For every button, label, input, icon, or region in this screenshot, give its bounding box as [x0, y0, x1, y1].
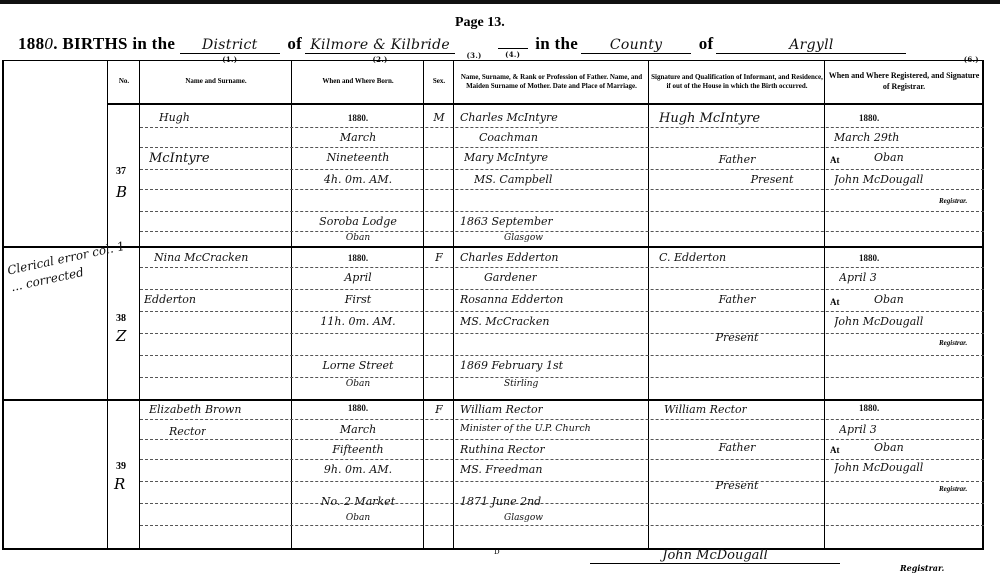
entry-number: 39: [116, 461, 126, 472]
entry-number: 37: [116, 166, 126, 177]
registered-year: 1880.: [859, 113, 879, 123]
header-no: No.: [108, 61, 140, 103]
registrar-signature: John McDougall: [834, 315, 923, 328]
born-place: Lorne Street: [292, 359, 424, 372]
marriage-place: Glasgow: [504, 513, 543, 523]
registered-place: Oban: [874, 151, 904, 164]
sex: F: [424, 251, 454, 264]
born-day: Fifteenth: [292, 443, 424, 456]
informant-signature: William Rector: [664, 403, 747, 416]
page-number: Page 13.: [455, 15, 505, 31]
born-place: Soroba Lodge: [292, 215, 424, 228]
child-name: Hugh: [159, 111, 190, 124]
registered-date: April 3: [839, 271, 877, 284]
footer-registrar-signature: John McDougall: [590, 548, 840, 564]
father-name: Charles Edderton: [460, 251, 559, 264]
born-day: Nineteenth: [292, 151, 424, 164]
child-surname: McIntyre: [149, 151, 210, 166]
registrar-label: Registrar.: [939, 197, 967, 205]
sex: F: [424, 403, 454, 416]
registrar-signature: John McDougall: [834, 173, 923, 186]
registrar-label: Registrar.: [939, 485, 967, 493]
birth-register-table: No. Name and Surname. When and Where Bor…: [2, 60, 984, 550]
registered-place: Oban: [874, 293, 904, 306]
registered-year: 1880.: [859, 403, 879, 413]
margin-column: [4, 61, 108, 548]
mother-name: Ruthina Rector: [460, 443, 545, 456]
at-label: At: [830, 297, 840, 307]
child-name: Nina McCracken: [154, 251, 248, 264]
born-time: 9h. 0m. AM.: [292, 463, 424, 476]
registered-date: March 29th: [834, 131, 899, 144]
row-divider: [4, 246, 984, 248]
father-rank: Gardener: [484, 271, 537, 284]
born-month: March: [292, 131, 424, 144]
scan-edge: [0, 0, 1000, 4]
header-born: When and Where Born.: [292, 61, 424, 103]
header-informant: Signature and Qualification of Informant…: [649, 61, 825, 103]
born-town: Oban: [292, 233, 424, 243]
informant-signature: C. Edderton: [659, 251, 726, 264]
sex: M: [424, 111, 454, 124]
header-sex: Sex.: [424, 61, 454, 103]
heading-births: . BIRTHS in the: [53, 34, 175, 53]
entry-mark: Z: [116, 327, 126, 345]
entry-mark: R: [114, 475, 125, 493]
born-month: April: [292, 271, 424, 284]
child-surname: Edderton: [144, 293, 196, 306]
father-name: Charles McIntyre: [460, 111, 558, 124]
informant-qualification: Father: [649, 293, 825, 306]
born-year: 1880.: [292, 113, 424, 123]
child-surname: Rector: [169, 425, 206, 438]
at-label: At: [830, 445, 840, 455]
row-divider: [4, 399, 984, 401]
header-registered: When and Where Registered, and Signature…: [825, 61, 983, 103]
entry-number: 38: [116, 313, 126, 324]
born-time: 4h. 0m. AM.: [292, 173, 424, 186]
at-label: At: [830, 155, 840, 165]
registrar-label: Registrar.: [939, 339, 967, 347]
marriage-date: 1869 February 1st: [460, 359, 563, 372]
county-type-field: County: [581, 37, 691, 54]
marriage-place: Glasgow: [504, 233, 543, 243]
informant-signature: Hugh McIntyre: [659, 111, 760, 126]
header-rule: [108, 103, 984, 105]
child-name: Elizabeth Brown: [149, 403, 241, 416]
born-year: 1880.: [292, 253, 424, 263]
registered-year: 1880.: [859, 253, 879, 263]
district-name-field: Kilmore & Kilbride(2.): [305, 37, 455, 54]
mother-maiden-name: MS. McCracken: [460, 315, 549, 328]
mother-name: Mary McIntyre: [464, 151, 548, 164]
header-name: Name and Surname.: [140, 61, 292, 103]
informant-residence: Present: [649, 479, 825, 492]
sex-column: [424, 61, 454, 548]
born-town: Oban: [292, 379, 424, 389]
marriage-place: Stirling: [504, 379, 538, 389]
registrar-signature: John McDougall: [834, 461, 923, 474]
footer-mark: D: [494, 548, 500, 556]
register-heading: 1880. BIRTHS in the District(1.) ofKilmo…: [18, 34, 906, 54]
born-place: No. 2 Market: [292, 495, 424, 508]
born-year: 1880.: [292, 403, 424, 413]
born-time: 11h. 0m. AM.: [292, 315, 424, 328]
born-day: First: [292, 293, 424, 306]
father-rank: Coachman: [479, 131, 538, 144]
marriage-date: 1863 September: [460, 215, 553, 228]
year-suffix: 0: [44, 34, 53, 53]
year-prefix: 188: [18, 34, 44, 53]
county-name-field: Argyll(6.): [716, 37, 906, 54]
registered-date: April 3: [839, 423, 877, 436]
informant-qualification: Father: [649, 153, 825, 166]
father-rank: Minister of the U.P. Church: [460, 423, 591, 434]
footer-registrar-label: Registrar.: [900, 563, 944, 573]
father-name: William Rector: [460, 403, 543, 416]
informant-qualification: Father: [649, 441, 825, 454]
mother-maiden-name: MS. Campbell: [474, 173, 552, 186]
mother-maiden-name: MS. Freedman: [460, 463, 542, 476]
registered-place: Oban: [874, 441, 904, 454]
entry-mark: B: [116, 183, 127, 201]
marriage-date: 1871 June 2nd: [460, 495, 541, 508]
mother-name: Rosanna Edderton: [460, 293, 563, 306]
born-month: March: [292, 423, 424, 436]
district-type-field: District(1.): [180, 37, 280, 54]
informant-residence: Present: [649, 331, 825, 344]
born-town: Oban: [292, 513, 424, 523]
header-parents: Name, Surname, & Rank or Profession of F…: [454, 61, 649, 103]
